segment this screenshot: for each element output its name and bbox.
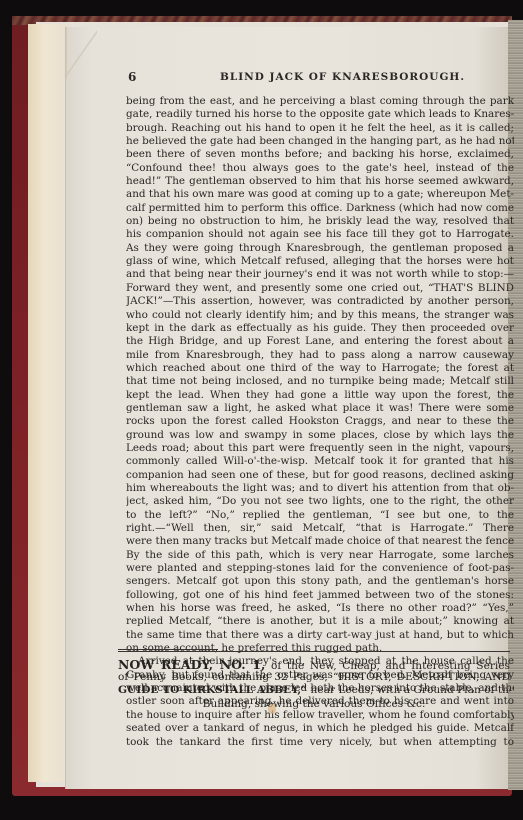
ad-line-2: of Penny Books, containing 32 Pages, “HI… — [118, 671, 510, 684]
text-line: following, got one of his hind feet jamm… — [126, 589, 514, 602]
book-photo: 6 BLIND JACK OF KNARESBOROUGH. being fro… — [0, 0, 523, 820]
page-edges-left — [28, 24, 68, 782]
text-line: gentleman saw a light, he asked what pla… — [126, 402, 514, 415]
text-line: he believed the gate had been changed in… — [126, 135, 514, 148]
text-line: ject, asked him, “Do you not see two lig… — [126, 495, 514, 508]
text-line: mile from Knaresbrough, they had to pass… — [126, 349, 514, 362]
text-line: commonly called Will-o'-the-wisp. Metcal… — [126, 455, 514, 468]
text-line: sengers. Metcalf got upon this stony pat… — [126, 575, 514, 588]
text-line: who could not clearly identify him; and … — [126, 309, 514, 322]
text-line: being from the east, and he perceiving a… — [126, 95, 514, 108]
text-line: head!” The gentleman observed to him tha… — [126, 175, 514, 188]
text-line: on) being no obstruction to him, he bris… — [126, 215, 514, 228]
text-line: to the left?” “No,” replied the gentlema… — [126, 509, 514, 522]
text-line: kept the lead. When they had gone a litt… — [126, 389, 514, 402]
text-line: gate, readily turned his horse to the op… — [126, 108, 514, 121]
divider-rule-short — [118, 649, 218, 650]
text-line: the High Bridge, and up Forest Lane, and… — [126, 335, 514, 348]
text-line: his companion should not again see his f… — [126, 228, 514, 241]
text-line: when his horse was freed, he asked, “Is … — [126, 602, 514, 615]
text-line: glass of wine, which Metcalf refused, al… — [126, 255, 514, 268]
text-line: seated over a tankard of negus, in which… — [126, 722, 514, 735]
divider-rule — [118, 651, 510, 652]
text-line: brough. Reaching out his hand to open it… — [126, 122, 514, 135]
text-line: took the tankard the first time very nic… — [126, 736, 514, 749]
ad-headline: NOW READY, NO. 1, — [118, 658, 265, 671]
text-line: “Confound thee! thou always goes to the … — [126, 162, 514, 175]
page-header: 6 BLIND JACK OF KNARESBOROUGH. — [128, 70, 513, 86]
text-line: right.—“Well then, sir,” said Metcalf, “… — [126, 522, 514, 535]
ad-line-3: GUIDE TO KIRKSTALL ABBEY,” near Leeds, w… — [118, 684, 510, 697]
text-line: kept in the dark as effectually as his g… — [126, 322, 514, 335]
text-line: replied Metcalf, “there is another, but … — [126, 615, 514, 628]
text-line: that time not being inclosed, and no tur… — [126, 375, 514, 388]
page-number: 6 — [128, 70, 136, 84]
running-head: BLIND JACK OF KNARESBOROUGH. — [220, 71, 465, 83]
text-line: rocks upon the forest called Hookston Cr… — [126, 415, 514, 428]
ad-line-4: Building, shewing the various Offices &c… — [118, 698, 510, 711]
text-line: calf permitted him to perform this offic… — [126, 202, 514, 215]
page-fold — [66, 27, 97, 79]
text-line: companion had seen one of these, but for… — [126, 469, 514, 482]
text-line: and that his own mare was good at coming… — [126, 188, 514, 201]
text-line: As they were going through Knaresbrough,… — [126, 242, 514, 255]
text-line: JACK!”—This assertion, however, was cont… — [126, 295, 514, 308]
ad-line-3-rest: near Leeds, with a Ground Plan of the — [310, 684, 510, 696]
paper-stain — [268, 704, 276, 714]
text-line: been there of seven months before; and b… — [126, 148, 514, 161]
text-line: ground was low and swampy in some places… — [126, 429, 514, 442]
text-line: him whereabouts the light was; and to di… — [126, 482, 514, 495]
text-line: the house to inquire after his fellow tr… — [126, 709, 514, 722]
text-line: were planted and stepping-stones laid fo… — [126, 562, 514, 575]
text-line: were then many tracks but Metcalf made c… — [126, 535, 514, 548]
text-line: Leeds road; about this part were frequen… — [126, 442, 514, 455]
text-line: which reached about one third of the way… — [126, 362, 514, 375]
ad-line-1-rest: of the New, Cheap, and Interesting Serie… — [271, 660, 510, 671]
advertisement: NOW READY, NO. 1, of the New, Cheap, and… — [118, 658, 510, 711]
text-line: Forward they went, and presently some on… — [126, 282, 514, 295]
text-line: By the side of this path, which is very … — [126, 549, 514, 562]
text-line: the same time that there was a dirty car… — [126, 629, 514, 642]
ad-line-1: NOW READY, NO. 1, of the New, Cheap, and… — [118, 658, 510, 671]
ad-book-title: GUIDE TO KIRKSTALL ABBEY,” — [118, 684, 307, 696]
text-line: and that being near their journey's end … — [126, 268, 514, 281]
